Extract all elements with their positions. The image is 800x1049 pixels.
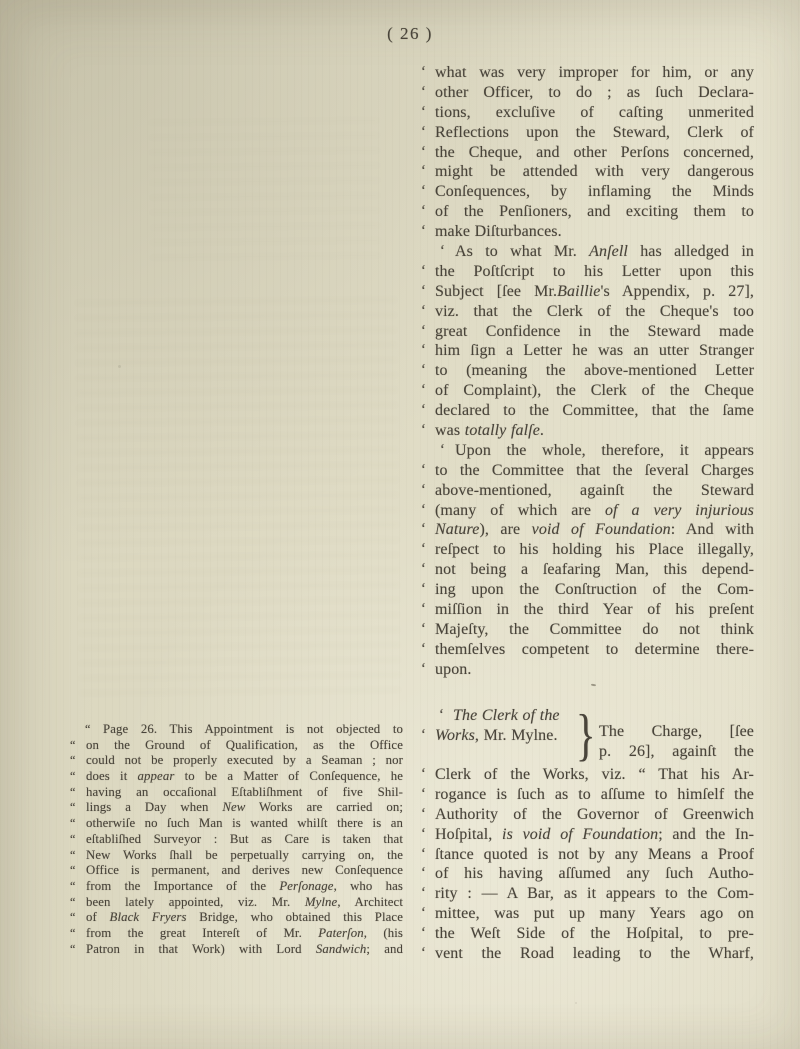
roman-text: of his having aſſumed any ſuch Autho-: [435, 865, 754, 882]
roman-text: , (his: [364, 926, 403, 940]
quotation-mark: ‘: [421, 222, 426, 242]
quotation-mark: “: [70, 910, 76, 926]
curly-brace: }: [576, 706, 596, 766]
quotation-mark: ‘: [421, 282, 426, 302]
text-line: ‘themſelves competent to determine there…: [435, 640, 754, 660]
text-line: “eſtabliſhed Surveyor : But as Care is t…: [86, 832, 403, 848]
quotation-mark: ‘: [421, 103, 426, 123]
roman-text: ing upon the Conſtruction of the Com-: [435, 581, 754, 598]
roman-text: from the Importance of the: [86, 879, 279, 893]
roman-text: (many of which are: [435, 502, 605, 519]
quotation-mark: ‘: [421, 262, 426, 282]
italic-text: The Clerk of the: [453, 707, 560, 724]
text-line: ‘The Clerk of the: [435, 706, 587, 726]
italic-text: Anſell: [589, 243, 628, 260]
roman-text: Subject [ſee Mr.: [435, 283, 557, 300]
text-line: ‘reſpect to his holding his Place illega…: [435, 540, 754, 560]
quotation-mark: “: [70, 863, 76, 879]
text-line: ‘tions, excluſive of caſting unmerited: [435, 103, 754, 123]
page-number: ( 26 ): [350, 24, 470, 44]
roman-text: of Complaint), the Clerk of the Cheque: [435, 382, 754, 399]
quotation-mark: “: [70, 926, 76, 942]
quotation-mark: “: [70, 832, 76, 848]
quotation-mark: ‘: [421, 461, 426, 481]
quotation-mark: ‘: [421, 83, 426, 103]
text-line: ‘Nature), are void of Foundation: And wi…: [435, 520, 754, 540]
text-line: ‘(many of which are of a very injurious: [435, 501, 754, 521]
roman-text: the Weſt Side of the Hoſpital, to pre-: [435, 925, 754, 942]
quotation-mark: “: [70, 753, 76, 769]
italic-text: Black Fryers: [110, 910, 187, 924]
quotation-mark: “: [70, 895, 76, 911]
roman-text: was: [435, 422, 465, 439]
italic-text: New: [222, 800, 245, 814]
italic-text: totally falſe: [465, 422, 540, 439]
quotation-mark: “: [70, 816, 76, 832]
quotation-mark: ‘: [421, 381, 426, 401]
italic-text: Works: [435, 727, 475, 744]
quotation-mark: ‘: [421, 182, 426, 202]
italic-text: Paterſon: [318, 926, 364, 940]
text-line: ‘Reflections upon the Steward, Clerk of: [435, 123, 754, 143]
quotation-mark: ‘: [421, 600, 426, 620]
paper-speck: [118, 365, 121, 368]
roman-text: Office is permanent, and derives new Con…: [86, 863, 403, 877]
quotation-mark: ‘: [421, 620, 426, 640]
text-line: ‘Conſequences, by inflaming the Minds: [435, 182, 754, 202]
text-line: ‘viz. that the Clerk of the Cheque's too: [435, 302, 754, 322]
roman-text: on the Ground of Qualification, as the O…: [86, 738, 403, 752]
roman-text: great Confidence in the Steward made: [435, 323, 754, 340]
main-text-column: ‘what was very improper for him, or any‘…: [435, 63, 754, 680]
roman-text: viz. that the Clerk of the Cheque's too: [435, 303, 754, 320]
show-through-text: [149, 119, 381, 271]
text-line: ‘vent the Road leading to the Wharf,: [435, 944, 754, 964]
italic-text: Mylne: [305, 895, 337, 909]
text-line: ‘Upon the whole, therefore, it appears: [435, 441, 754, 461]
roman-text: Authority of the Governor of Greenwich: [435, 806, 754, 823]
roman-text: upon.: [435, 661, 472, 678]
quotation-mark: “: [85, 722, 91, 738]
roman-text: rogance is ſuch as to aſſume to himſelf …: [435, 786, 754, 803]
text-line: ‘to (meaning the above-mentioned Letter: [435, 361, 754, 381]
roman-text: As to what Mr.: [455, 243, 589, 260]
roman-text: eſtabliſhed Surveyor : But as Care is ta…: [86, 832, 403, 846]
text-line: “having an occaſional Eſtabliſhment of f…: [86, 785, 403, 801]
quotation-mark: ‘: [421, 580, 426, 600]
roman-text: p. 26], againſt the: [599, 743, 754, 760]
text-line: ‘to the Committee that the ſeveral Charg…: [435, 461, 754, 481]
roman-text: miſſion in the third Year of his preſent: [435, 601, 754, 618]
quotation-mark: ‘: [421, 904, 426, 924]
paper-speck: [591, 684, 596, 687]
quotation-mark: “: [70, 800, 76, 816]
quotation-mark: ‘: [421, 520, 426, 540]
quotation-mark: “: [70, 769, 76, 785]
roman-text: vent the Road leading to the Wharf,: [435, 945, 754, 962]
roman-text: Page 26. This Appointment is not objecte…: [103, 722, 403, 736]
roman-text: ; and the In-: [658, 826, 754, 843]
text-line: “Patron in that Work) with Lord Sandwich…: [86, 942, 403, 958]
roman-text: mittee, was put up many Years ago on: [435, 905, 754, 922]
roman-text: from the great Intereſt of Mr.: [86, 926, 318, 940]
text-line: ‘the Weſt Side of the Hoſpital, to pre-: [435, 924, 754, 944]
roman-text: the Poſtſcript to his Letter upon this: [435, 263, 754, 280]
roman-text: , Mr. Mylne.: [475, 727, 558, 744]
italic-text: Nature: [435, 521, 479, 538]
quotation-mark: ‘: [421, 501, 426, 521]
roman-text: The Charge, [ſee: [599, 723, 754, 740]
roman-text: ; and: [366, 942, 403, 956]
quotation-mark: ‘: [439, 706, 444, 726]
roman-text: , Architect: [337, 895, 403, 909]
quotation-mark: ‘: [421, 845, 426, 865]
roman-text: above-mentioned, againſt the Steward: [435, 482, 754, 499]
show-through-text: [76, 298, 400, 701]
roman-text: him ſign a Letter he was an utter Strang…: [435, 342, 754, 359]
text-line: “from the great Intereſt of Mr. Paterſon…: [86, 926, 403, 942]
quotation-mark: ‘: [421, 63, 426, 83]
roman-text: other Officer, to do ; as ſuch Declara-: [435, 84, 754, 101]
footnote-text: “Page 26. This Appointment is not object…: [86, 722, 403, 957]
roman-text: to (meaning the above-mentioned Letter: [435, 362, 754, 379]
paper-speck: [744, 212, 746, 214]
roman-text: rity : — A Bar, as it appears to the Com…: [435, 885, 754, 902]
charge-reference-text: The Charge, [ſeep. 26], againſt the: [599, 722, 754, 762]
quotation-mark: ‘: [440, 242, 445, 262]
roman-text: ), are: [479, 521, 531, 538]
roman-text: make Diſturbances.: [435, 223, 562, 240]
roman-text: having an occaſional Eſtabliſhment of fi…: [86, 785, 403, 799]
text-line: “Office is permanent, and derives new Co…: [86, 863, 403, 879]
text-line: ‘of the Penſioners, and exciting them to: [435, 202, 754, 222]
text-line: ‘what was very improper for him, or any: [435, 63, 754, 83]
roman-text: Hoſpital,: [435, 826, 502, 843]
quotation-mark: “: [70, 879, 76, 895]
quotation-mark: ‘: [421, 785, 426, 805]
roman-text: could not be properly executed by a Seam…: [86, 753, 403, 767]
italic-text: of a very injurious: [605, 502, 754, 519]
quotation-mark: ‘: [421, 341, 426, 361]
quotation-mark: ‘: [421, 726, 426, 746]
roman-text: New Works ſhall be perpetually carrying …: [86, 848, 403, 862]
text-line: The Charge, [ſee: [599, 722, 754, 742]
quotation-mark: ‘: [421, 123, 426, 143]
quotation-mark: ‘: [421, 540, 426, 560]
roman-text: does it: [86, 769, 138, 783]
roman-text: what was very improper for him, or any: [435, 64, 754, 81]
text-line: ‘was totally falſe.: [435, 421, 754, 441]
roman-text: to the Committee that the ſeveral Charge…: [435, 462, 754, 479]
text-line: ‘him ſign a Letter he was an utter Stran…: [435, 341, 754, 361]
text-line: “otherwiſe no ſuch Man is wanted whilſt …: [86, 816, 403, 832]
roman-text: Majeſty, the Committee do not think: [435, 621, 754, 638]
text-line: ‘Subject [ſee Mr.Baillie's Appendix, p. …: [435, 282, 754, 302]
roman-text: otherwiſe no ſuch Man is wanted whilſt t…: [86, 816, 403, 830]
text-line: “does it appear to be a Matter of Conſeq…: [86, 769, 403, 785]
text-line: ‘upon.: [435, 660, 754, 680]
quotation-mark: ‘: [421, 322, 426, 342]
roman-text: of the Penſioners, and exciting them to: [435, 203, 754, 220]
roman-text: might be attended with very dangerous: [435, 163, 754, 180]
text-line: ‘ſtance quoted is not by any Means a Pro…: [435, 845, 754, 865]
text-line: ‘rogance is ſuch as to aſſume to himſelf…: [435, 785, 754, 805]
text-line: ‘great Confidence in the Steward made: [435, 322, 754, 342]
text-line: “lings a Day when New Works are carried …: [86, 800, 403, 816]
text-line: ‘Clerk of the Works, viz. “ That his Ar-: [435, 765, 754, 785]
italic-text: void of Foundation: [532, 521, 671, 538]
roman-text: has alledged in: [628, 243, 754, 260]
roman-text: tions, excluſive of caſting unmerited: [435, 104, 754, 121]
roman-text: 's Appendix, p. 27],: [601, 283, 755, 300]
text-line: ‘Works, Mr. Mylne.: [435, 726, 587, 746]
text-line: “on the Ground of Qualification, as the …: [86, 738, 403, 754]
italic-text: Baillie: [557, 283, 600, 300]
scanned-book-page: ( 26 ) ‘what was very improper for him, …: [0, 0, 800, 1049]
quotation-mark: ‘: [421, 924, 426, 944]
quotation-mark: “: [70, 942, 76, 958]
text-line: ‘Authority of the Governor of Greenwich: [435, 805, 754, 825]
text-line: ‘might be attended with very dangerous: [435, 162, 754, 182]
text-line: ‘the Cheque, and other Perſons concerned…: [435, 143, 754, 163]
text-line: ‘of Complaint), the Clerk of the Cheque: [435, 381, 754, 401]
text-line: ‘of his having aſſumed any ſuch Autho-: [435, 864, 754, 884]
quotation-mark: ‘: [421, 884, 426, 904]
quotation-mark: ‘: [421, 560, 426, 580]
clerk-of-works-label: ‘The Clerk of the‘Works, Mr. Mylne.: [435, 706, 587, 746]
italic-text: is void of Foundation: [502, 826, 658, 843]
text-line: ‘other Officer, to do ; as ſuch Declara-: [435, 83, 754, 103]
paper-speck: [575, 1002, 577, 1004]
quotation-mark: “: [70, 785, 76, 801]
roman-text: of: [86, 910, 110, 924]
clerk-of-works-sidenote-block: ‘The Clerk of the‘Works, Mr. Mylne. } Th…: [435, 706, 754, 768]
text-line: ‘Hoſpital, is void of Foundation; and th…: [435, 825, 754, 845]
text-line: “could not be properly executed by a Sea…: [86, 753, 403, 769]
quotation-mark: “: [70, 738, 76, 754]
quotation-mark: “: [70, 848, 76, 864]
text-line: ‘As to what Mr. Anſell has alledged in: [435, 242, 754, 262]
text-line: ‘miſſion in the third Year of his preſen…: [435, 600, 754, 620]
quotation-mark: ‘: [421, 401, 426, 421]
quotation-mark: ‘: [421, 202, 426, 222]
roman-text: been lately appointed, viz. Mr.: [86, 895, 305, 909]
text-line: “been lately appointed, viz. Mr. Mylne, …: [86, 895, 403, 911]
text-line: ‘mittee, was put up many Years ago on: [435, 904, 754, 924]
roman-text: ſtance quoted is not by any Means a Proo…: [435, 846, 754, 863]
text-line: “Page 26. This Appointment is not object…: [86, 722, 403, 738]
quotation-mark: ‘: [421, 944, 426, 964]
quotation-mark: ‘: [421, 143, 426, 163]
roman-text: lings a Day when: [86, 800, 222, 814]
italic-text: Perſonage: [279, 879, 333, 893]
quotation-mark: ‘: [421, 361, 426, 381]
text-line: ‘not being a ſeafaring Man, this depend-: [435, 560, 754, 580]
quotation-mark: ‘: [421, 162, 426, 182]
roman-text: not being a ſeafaring Man, this depend-: [435, 561, 754, 578]
roman-text: Reflections upon the Steward, Clerk of: [435, 124, 754, 141]
roman-text: .: [540, 422, 544, 439]
roman-text: declared to the Committee, that the ſame: [435, 402, 754, 419]
roman-text: Bridge, who obtained this Place: [187, 910, 403, 924]
roman-text: Patron in that Work) with Lord: [86, 942, 316, 956]
quotation-mark: ‘: [421, 805, 426, 825]
quotation-mark: ‘: [421, 864, 426, 884]
main-text-column-continued: ‘Clerk of the Works, viz. “ That his Ar-…: [435, 765, 754, 964]
quotation-mark: ‘: [421, 825, 426, 845]
italic-text: Sandwich: [316, 942, 367, 956]
quotation-mark: ‘: [421, 660, 426, 680]
roman-text: , who has: [334, 879, 403, 893]
roman-text: Upon the whole, therefore, it appears: [455, 442, 754, 459]
text-line: ‘above-mentioned, againſt the Steward: [435, 481, 754, 501]
text-line: ‘Majeſty, the Committee do not think: [435, 620, 754, 640]
roman-text: to be a Matter of Conſequence, he: [174, 769, 403, 783]
roman-text: : And with: [671, 521, 754, 538]
text-line: ‘the Poſtſcript to his Letter upon this: [435, 262, 754, 282]
text-line: “of Black Fryers Bridge, who obtained th…: [86, 910, 403, 926]
text-line: “New Works ſhall be perpetually carrying…: [86, 848, 403, 864]
text-line: ‘make Diſturbances.: [435, 222, 754, 242]
italic-text: appear: [138, 769, 175, 783]
text-line: ‘ing upon the Conſtruction of the Com-: [435, 580, 754, 600]
quotation-mark: ‘: [421, 765, 426, 785]
roman-text: themſelves competent to determine there-: [435, 641, 754, 658]
roman-text: the Cheque, and other Perſons concerned,: [435, 144, 754, 161]
roman-text: Clerk of the Works, viz. “ That his Ar-: [435, 766, 754, 783]
quotation-mark: ‘: [421, 481, 426, 501]
text-line: “from the Importance of the Perſonage, w…: [86, 879, 403, 895]
quotation-mark: ‘: [421, 640, 426, 660]
roman-text: Works are carried on;: [245, 800, 403, 814]
text-line: ‘declared to the Committee, that the ſam…: [435, 401, 754, 421]
text-line: p. 26], againſt the: [599, 742, 754, 762]
roman-text: Conſequences, by inflaming the Minds: [435, 183, 754, 200]
roman-text: reſpect to his holding his Place illegal…: [435, 541, 754, 558]
quotation-mark: ‘: [421, 302, 426, 322]
quotation-mark: ‘: [421, 421, 426, 441]
text-line: ‘rity : — A Bar, as it appears to the Co…: [435, 884, 754, 904]
quotation-mark: ‘: [440, 441, 445, 461]
